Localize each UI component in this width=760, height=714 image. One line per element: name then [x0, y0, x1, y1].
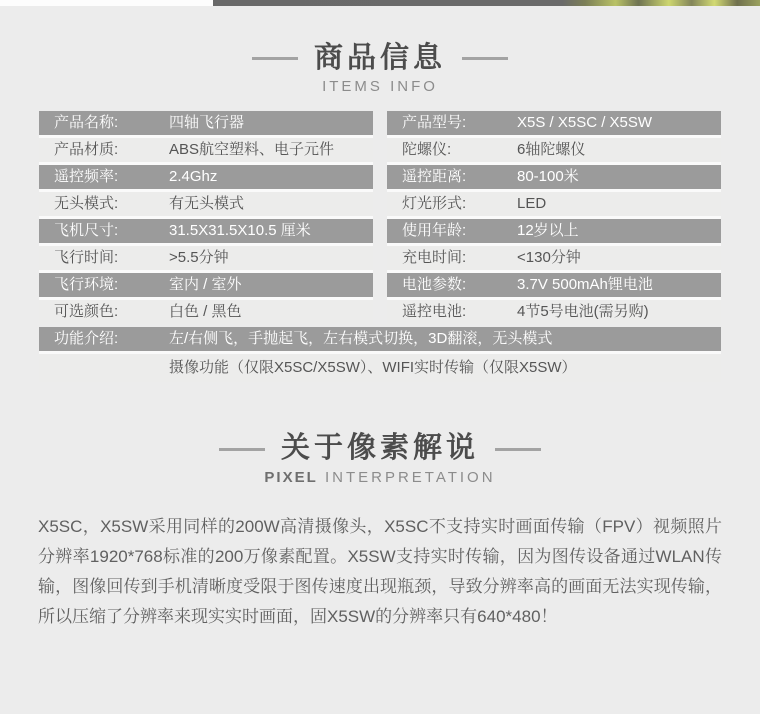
pixel-section-subtitle: PIXEL INTERPRETATION [0, 469, 760, 486]
spec-label: 充电时间: [387, 246, 517, 270]
spec-label: 遥控距离: [387, 165, 517, 189]
spec-label: 电池参数: [387, 273, 517, 297]
spec-label: 飞行环境: [39, 273, 169, 297]
spec-value: LED [517, 192, 721, 216]
spec-table: 产品名称: 四轴飞行器 产品材质: ABS航空塑料、电子元件 遥控频率: 2.4… [39, 111, 721, 382]
spec-row: 使用年龄: 12岁以上 [387, 219, 721, 243]
title-dash-right [495, 448, 541, 451]
pixel-section-title: 关于像素解说 [281, 432, 479, 465]
pixel-subtitle-bold: PIXEL [264, 469, 317, 486]
spec-row: 产品型号: X5S / X5SC / X5SW [387, 111, 721, 135]
feature-continuation-text: 摄像功能（仅限X5SC/X5SW）、WIFI实时传输（仅限X5SW） [39, 354, 721, 382]
spec-row: 电池参数: 3.7V 500mAh锂电池 [387, 273, 721, 297]
spec-value: ABS航空塑料、电子元件 [169, 138, 373, 162]
spec-label: 飞行时间: [39, 246, 169, 270]
pixel-section-header: 关于像素解说 PIXEL INTERPRETATION [0, 432, 760, 485]
feature-row: 功能介绍: 左/右侧飞，手抛起飞，左右模式切换，3D翻滚，无头模式 [39, 327, 721, 351]
spec-row: 充电时间: <130分钟 [387, 246, 721, 270]
feature-continuation-row: 摄像功能（仅限X5SC/X5SW）、WIFI实时传输（仅限X5SW） [39, 354, 721, 382]
cropped-photo-edge [0, 0, 760, 6]
spec-column-left: 产品名称: 四轴飞行器 产品材质: ABS航空塑料、电子元件 遥控频率: 2.4… [39, 111, 373, 324]
spec-value: 2.4Ghz [169, 165, 373, 189]
spec-column-right: 产品型号: X5S / X5SC / X5SW 陀螺仪: 6轴陀螺仪 遥控距离:… [387, 111, 721, 324]
pixel-subtitle-rest: INTERPRETATION [318, 469, 496, 486]
spec-label: 陀螺仪: [387, 138, 517, 162]
spec-label: 无头模式: [39, 192, 169, 216]
spec-row: 遥控电池: 4节5号电池(需另购) [387, 300, 721, 324]
spec-row: 产品名称: 四轴飞行器 [39, 111, 373, 135]
title-dash-left [252, 57, 298, 60]
spec-row: 产品材质: ABS航空塑料、电子元件 [39, 138, 373, 162]
spec-row: 无头模式: 有无头模式 [39, 192, 373, 216]
spec-row: 飞机尺寸: 31.5X31.5X10.5 厘米 [39, 219, 373, 243]
title-dash-left [219, 448, 265, 451]
spec-value: <130分钟 [517, 246, 721, 270]
spec-row: 陀螺仪: 6轴陀螺仪 [387, 138, 721, 162]
spec-value: >5.5分钟 [169, 246, 373, 270]
spec-value: 80-100米 [517, 165, 721, 189]
spec-feature-rows: 功能介绍: 左/右侧飞，手抛起飞，左右模式切换，3D翻滚，无头模式 摄像功能（仅… [39, 327, 721, 382]
spec-row: 遥控距离: 80-100米 [387, 165, 721, 189]
spec-label: 产品材质: [39, 138, 169, 162]
spec-value: 左/右侧飞，手抛起飞，左右模式切换，3D翻滚，无头模式 [169, 327, 721, 351]
spec-label: 可选颜色: [39, 300, 169, 324]
spec-label: 使用年龄: [387, 219, 517, 243]
items-info-header: 商品信息 ITEMS INFO [0, 42, 760, 95]
spec-label: 产品名称: [39, 111, 169, 135]
spec-label: 灯光形式: [387, 192, 517, 216]
spec-row: 飞行环境: 室内 / 室外 [39, 273, 373, 297]
spec-label: 飞机尺寸: [39, 219, 169, 243]
spec-row: 飞行时间: >5.5分钟 [39, 246, 373, 270]
spec-label: 遥控频率: [39, 165, 169, 189]
spec-row: 可选颜色: 白色 / 黑色 [39, 300, 373, 324]
spec-value: 室内 / 室外 [169, 273, 373, 297]
spec-label: 遥控电池: [387, 300, 517, 324]
pixel-paragraph: X5SC，X5SW采用同样的200W高清摄像头，X5SC不支持实时画面传输（FP… [38, 512, 722, 632]
spec-value: 有无头模式 [169, 192, 373, 216]
spec-value: 4节5号电池(需另购) [517, 300, 721, 324]
spec-value: 3.7V 500mAh锂电池 [517, 273, 721, 297]
spec-value: 6轴陀螺仪 [517, 138, 721, 162]
spec-value: 四轴飞行器 [169, 111, 373, 135]
items-section-title: 商品信息 [314, 42, 446, 75]
spec-row: 遥控频率: 2.4Ghz [39, 165, 373, 189]
title-dash-right [462, 57, 508, 60]
spec-value: 12岁以上 [517, 219, 721, 243]
spec-value: X5S / X5SC / X5SW [517, 111, 721, 135]
spec-value: 白色 / 黑色 [169, 300, 373, 324]
items-section-subtitle: ITEMS INFO [0, 78, 760, 95]
spec-value: 31.5X31.5X10.5 厘米 [169, 219, 373, 243]
spec-row: 灯光形式: LED [387, 192, 721, 216]
spec-label: 产品型号: [387, 111, 517, 135]
spec-label: 功能介绍: [39, 327, 169, 351]
